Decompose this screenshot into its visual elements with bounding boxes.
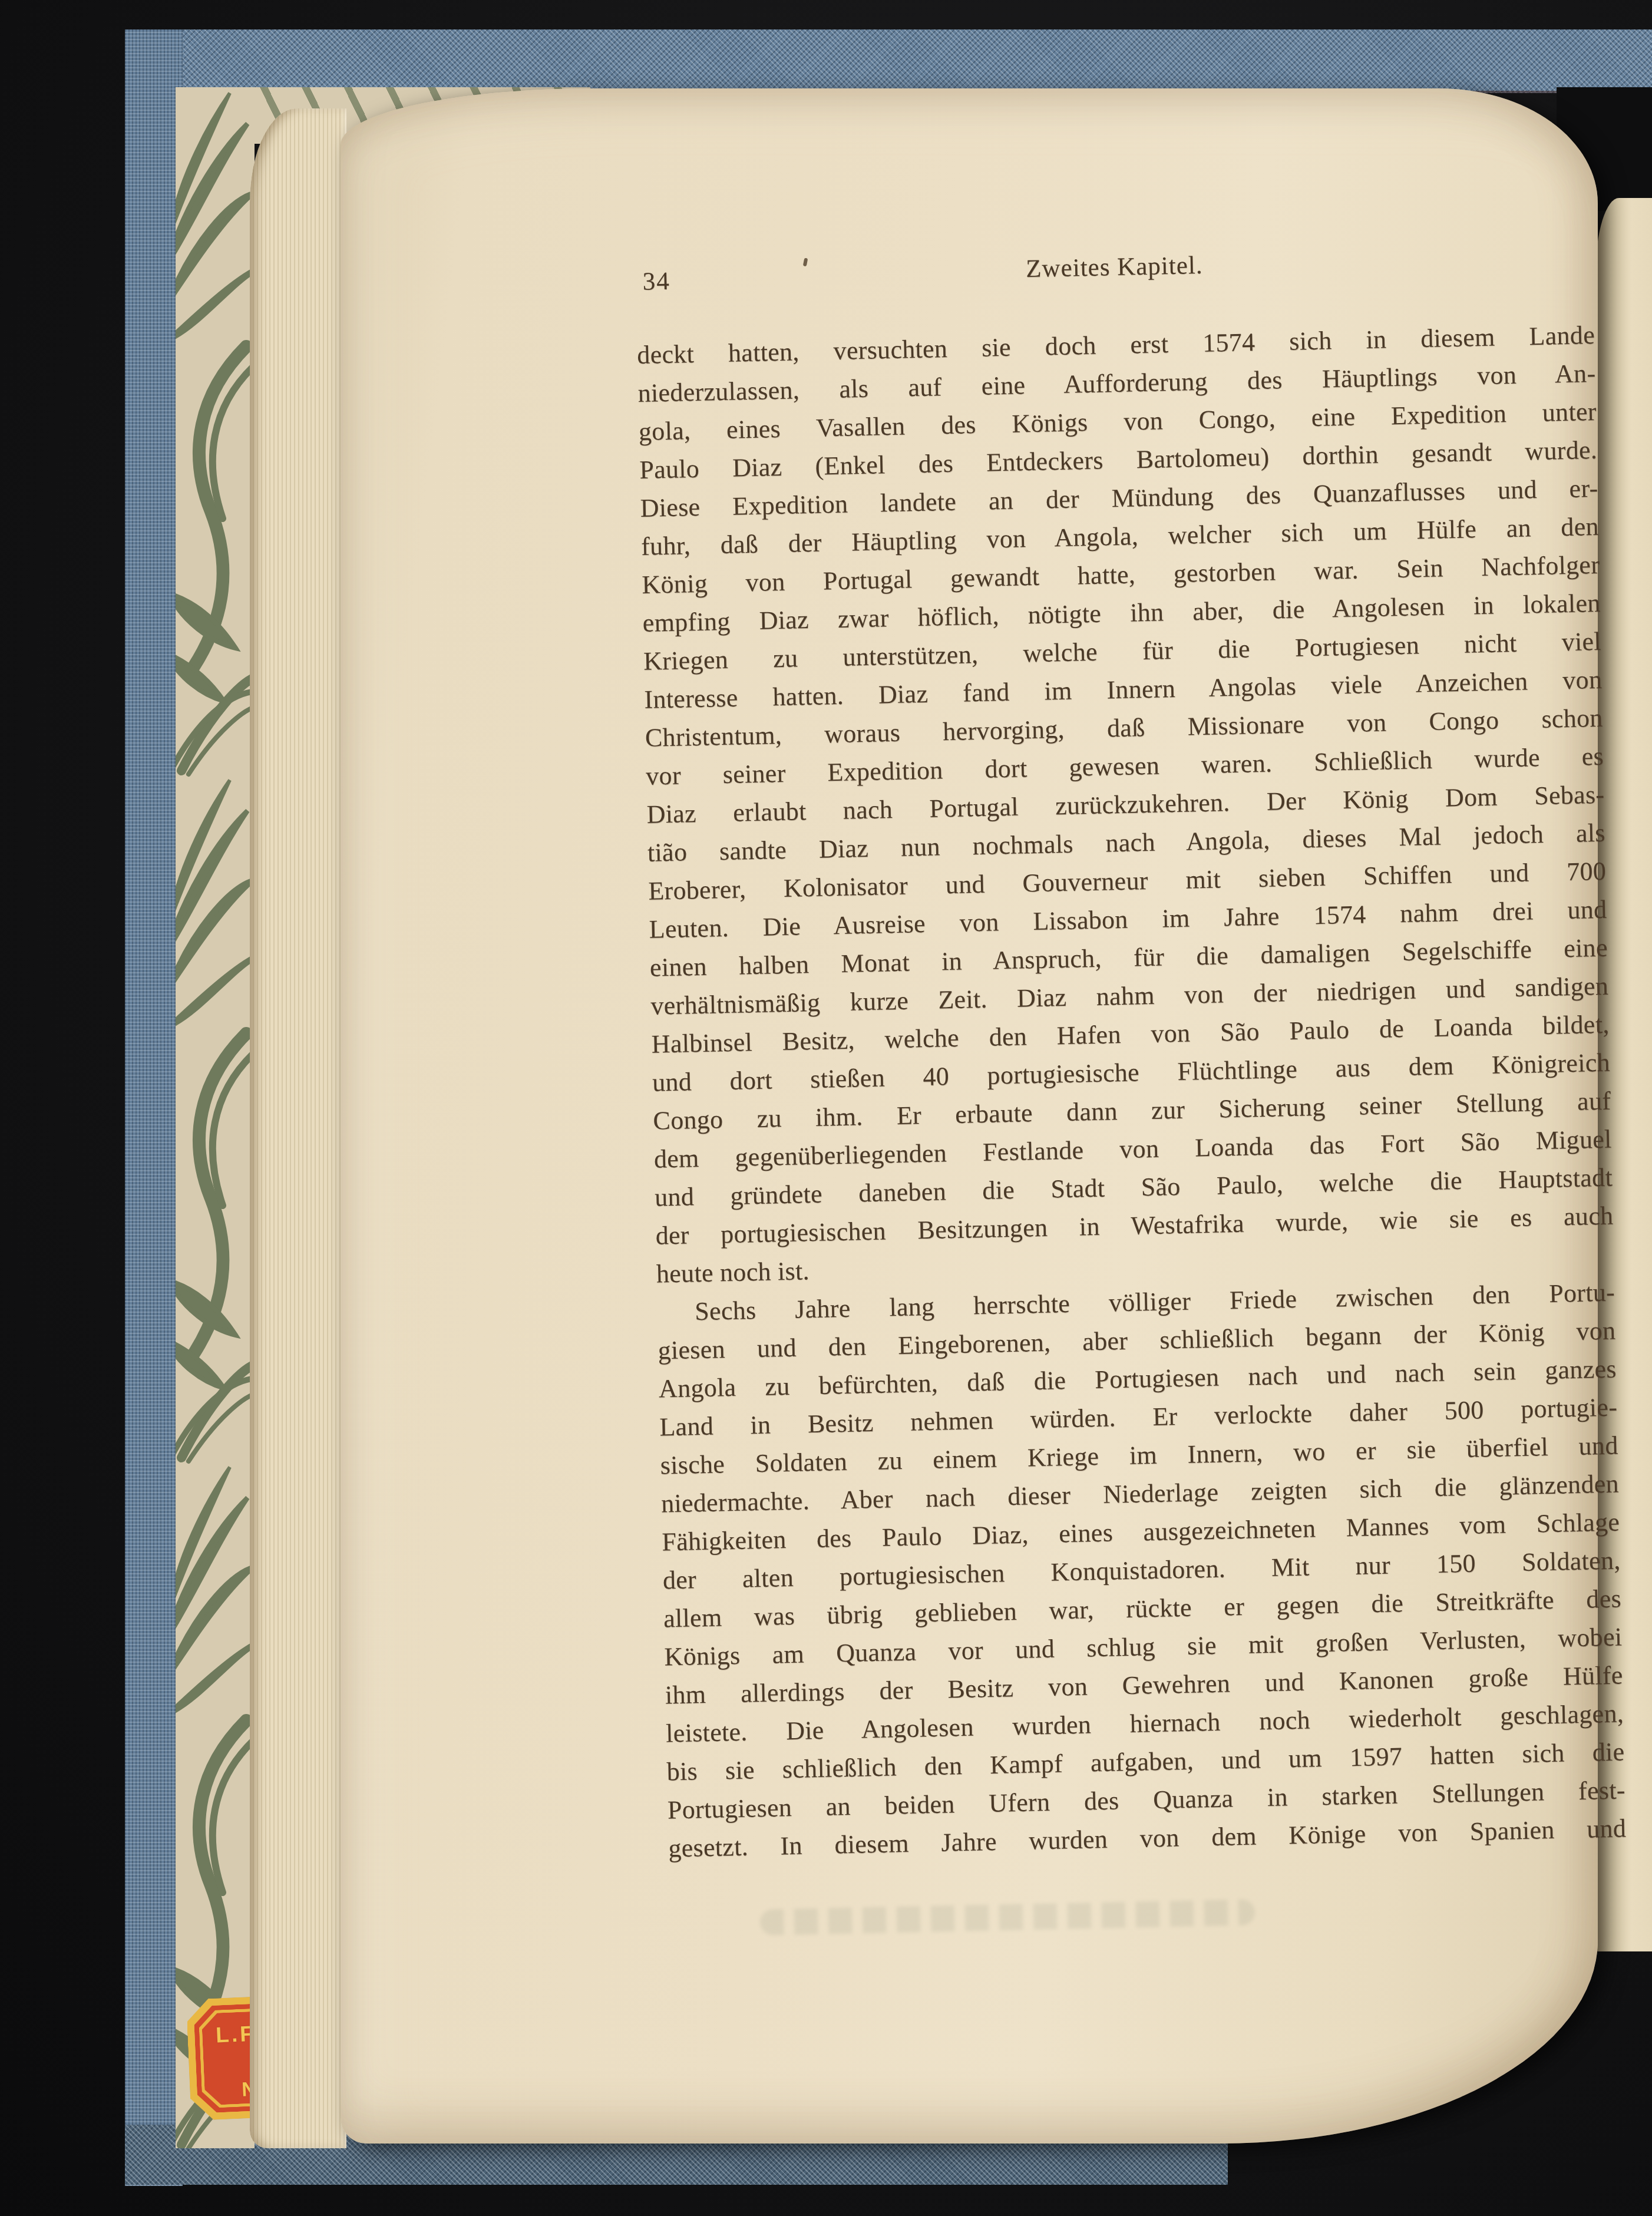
leaf-pattern-graphic — [176, 87, 255, 2148]
scanned-book-photo: L.FRI NE 34 Zweites Kapitel. deckt hatte… — [0, 0, 1652, 2216]
page-block-fore-edge — [250, 108, 346, 2148]
book-cover-left-edge — [125, 29, 183, 2186]
page-text: 34 Zweites Kapitel. deckt hatten, versuc… — [635, 243, 1627, 1867]
endpaper-leaf-pattern — [176, 87, 255, 2148]
book-cover-top-edge — [125, 29, 1652, 93]
body-text: deckt hatten, versuchten sie doch erst 1… — [637, 316, 1627, 1867]
